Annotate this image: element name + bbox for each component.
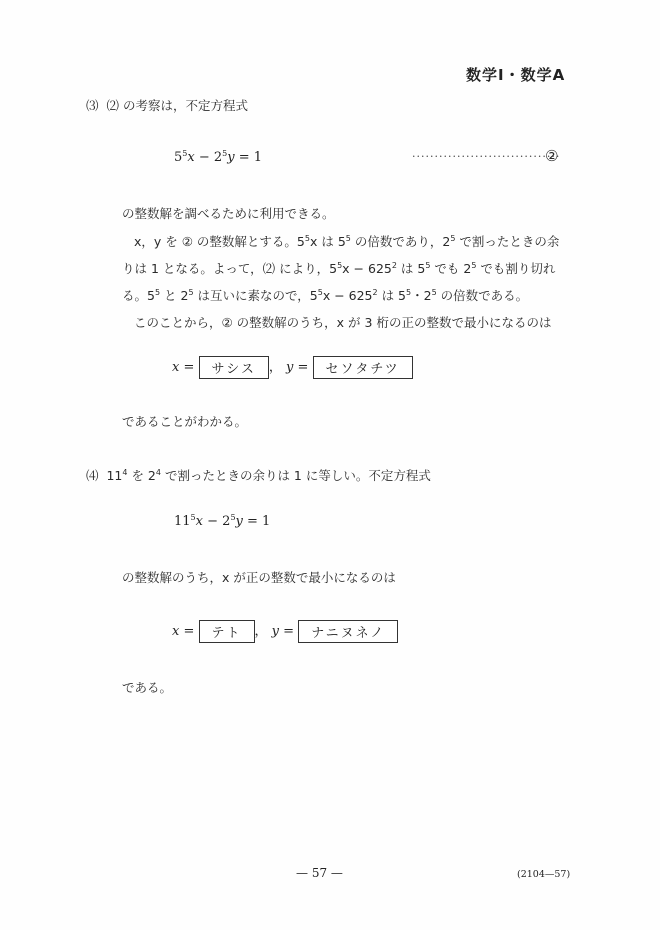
answer-box-seso: セソタチツ [313, 356, 413, 379]
answer-box-sashisu: サシス [199, 356, 269, 379]
subject-header: 数学Ⅰ・数学A [466, 64, 565, 85]
part4-label: ⑷ [86, 468, 99, 483]
answer-box-naninu: ナニヌネノ [298, 620, 398, 643]
exam-code: (2104—57) [517, 869, 570, 880]
part3-intro: ⑶ ⑵ の考察は，不定方程式 [86, 96, 248, 114]
part3-line2: x，y を ② の整数解とする。55x は 55 の倍数であり，25 で割ったと… [134, 232, 559, 250]
part4-conclusion: である。 [122, 678, 172, 696]
part3-conclusion: であることがわかる。 [122, 412, 247, 430]
part4-line1: の整数解のうち，x が正の整数で最小になるのは [122, 568, 396, 586]
answer-box-teto: テト [199, 620, 255, 643]
part3-line4: る。55 と 25 は互いに素なので，55x − 6252 は 55・25 の倍… [122, 286, 528, 304]
part4-answer: x = テト， y = ナニヌネノ [172, 620, 398, 643]
part3-answer: x = サシス， y = セソタチツ [172, 356, 413, 379]
part4-equation: 115x − 25y = 1 [174, 514, 270, 529]
equation-number: ② [545, 147, 558, 165]
part4-intro: ⑷ 114 を 24 で割ったときの余りは 1 に等しい。不定方程式 [86, 466, 431, 484]
part3-line3: りは 1 となる。よって，⑵ により，55x − 6252 は 55 でも 25… [122, 259, 555, 277]
part3-line1: の整数解を調べるために利用できる。 [122, 204, 335, 222]
part3-line5: このことから，② の整数解のうち，x が 3 桁の正の整数で最小になるのは [134, 313, 551, 331]
page-number: — 57 — [296, 866, 343, 880]
part3-equation: 55x − 25y = 1 [174, 150, 262, 165]
equation-leader: ································· [412, 150, 560, 163]
part3-label: ⑶ [86, 98, 99, 113]
